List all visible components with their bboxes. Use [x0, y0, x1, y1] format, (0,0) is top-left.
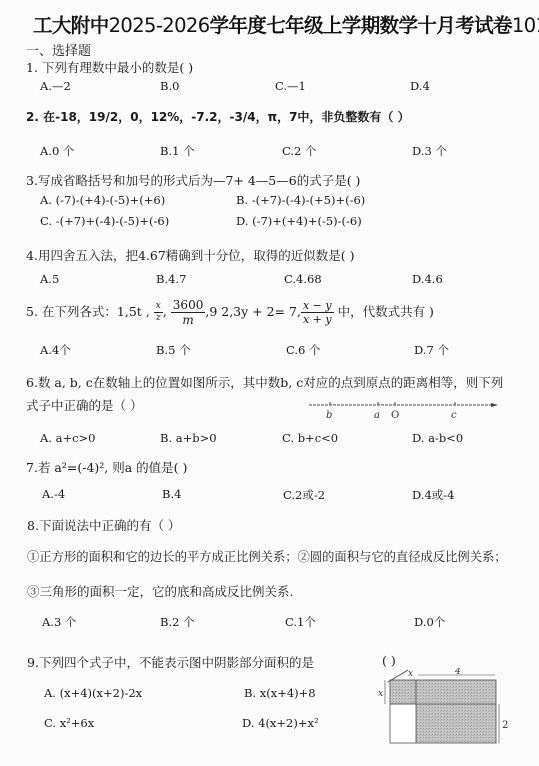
q2-option-a[interactable]: A.0 个 [40, 143, 74, 159]
question-number: 2. [26, 110, 39, 124]
q5-option-c[interactable]: C.6 个 [286, 342, 321, 358]
q3-option-b[interactable]: B. -(+7)-(-4)-(+5)+(-6) [236, 193, 365, 207]
q6-option-b[interactable]: B. a+b>0 [160, 431, 217, 445]
q9-option-b[interactable]: B. x(x+4)+8 [244, 686, 316, 700]
fraction-3600-over-m: 3600m [171, 299, 206, 326]
fraction-top: 3600 [171, 299, 206, 313]
question-number: 9. [27, 655, 39, 670]
q1-option-d[interactable]: D.4 [410, 79, 430, 93]
title-years: 2025-2026 [109, 14, 210, 37]
question-text: 若 a²=(-4)², 则a 的值是( ) [38, 460, 187, 475]
q8-option-a[interactable]: A.3 个 [42, 614, 76, 630]
q5-option-d[interactable]: D.7 个 [414, 342, 449, 358]
q4-option-c[interactable]: C.4.68 [284, 272, 322, 286]
point-b-label: b [326, 410, 332, 421]
question-number: 3. [26, 173, 38, 188]
question-text: 下面说法中正确的有（ ） [39, 518, 180, 533]
q3-option-a[interactable]: A. (-7)-(+4)-(-5)+(+6) [40, 193, 165, 207]
question-text: 用四舍五入法，把4.67精确到十分位，取得的近似数是( ) [38, 248, 355, 263]
question-text: 下列四个式子中，不能表示图中阴影部分面积的是 [39, 655, 314, 670]
question-number: 1. [26, 60, 38, 75]
question-text: 数 a, b, c在数轴上的位置如图所示，其中数b, c对应的点到原点的距离相等… [38, 375, 503, 390]
fraction-bottom: z [154, 313, 163, 323]
label-top-4: 4 [454, 668, 461, 677]
question-text: 在-18，19/2，0，12%，-7.2，-3/4，π，7中，非负整数有（ ） [43, 110, 410, 124]
number-line-figure: b a O c [305, 398, 500, 422]
question-number: 8. [27, 518, 39, 533]
question-text-start: 在下列各式：1,5t , [42, 304, 150, 319]
fraction-top: x [154, 302, 163, 313]
question-text: 写成省略括号和加号的形式后为—7+ 4—5—6的式子是( ) [38, 173, 361, 188]
label-left-x: x [378, 689, 383, 699]
q1-option-b[interactable]: B.0 [160, 79, 179, 93]
title-main: 学年度七年级上学期数学十月考试卷 [210, 14, 512, 37]
fraction-bottom: m [171, 313, 206, 326]
fraction-top: x − y [301, 300, 334, 313]
q3-option-c[interactable]: C. -(+7)+(-4)-(-5)+(-6) [40, 214, 169, 228]
question-number: 6. [26, 375, 38, 390]
q5-option-a[interactable]: A.4个 [40, 342, 71, 358]
q6-option-c[interactable]: C. b+c<0 [282, 431, 338, 445]
question-number: 7. [26, 460, 38, 475]
q7-option-b[interactable]: B.4 [162, 487, 181, 501]
q2-option-b[interactable]: B.1 个 [160, 143, 195, 159]
q4-option-b[interactable]: B.4.7 [156, 272, 186, 286]
q7-option-a[interactable]: A.-4 [42, 487, 65, 501]
shaded-area-figure: x 4 x 2 [378, 668, 508, 766]
q2-option-d[interactable]: D.3 个 [412, 143, 447, 159]
point-c-label: c [451, 410, 457, 421]
question-7: 7.若 a²=(-4)², 则a 的值是( ) [26, 458, 187, 476]
q9-option-d[interactable]: D. 4(x+2)+x² [242, 716, 319, 730]
question-6-line2: 式子中正确的是（ ） [26, 396, 142, 414]
q7-option-c[interactable]: C.2或-2 [283, 487, 325, 503]
fraction-x-minus-y-over-x-plus-y: x − yx + y [301, 300, 334, 325]
q1-option-a[interactable]: A.—2 [40, 79, 71, 93]
q9-answer-blank: ( ) [382, 653, 396, 668]
section-heading: 一、选择题 [26, 40, 91, 59]
q8-statement-3: ③三角形的面积一定，它的底和高成反比例关系. [27, 582, 293, 600]
q5-option-b[interactable]: B.5 个 [156, 342, 191, 358]
title-school: 工大附中 [33, 14, 109, 37]
q3-option-d[interactable]: D. (-7)+(+4)+(-5)-(-6) [236, 214, 362, 228]
question-number: 4. [26, 248, 38, 263]
q8-option-d[interactable]: D.0个 [414, 614, 445, 630]
label-top-x: x [408, 669, 413, 679]
question-1: 1. 下列有理数中最小的数是( ) [26, 58, 193, 76]
point-a-label: a [374, 410, 380, 421]
q8-option-b[interactable]: B.2 个 [160, 614, 195, 630]
question-number: 5. [26, 304, 38, 319]
question-9: 9.下列四个式子中，不能表示图中阴影部分面积的是 [27, 653, 314, 671]
title-code: 1011 [512, 14, 539, 37]
exam-title: 工大附中2025-2026学年度七年级上学期数学十月考试卷1011 [33, 10, 539, 38]
q6-option-a[interactable]: A. a+c>0 [40, 431, 96, 445]
q7-option-d[interactable]: D.4或-4 [412, 487, 455, 503]
q6-option-d[interactable]: D. a-b<0 [412, 431, 463, 445]
question-4: 4.用四舍五入法，把4.67精确到十分位，取得的近似数是( ) [26, 246, 355, 264]
question-6: 6.数 a, b, c在数轴上的位置如图所示，其中数b, c对应的点到原点的距离… [26, 373, 503, 391]
q8-option-c[interactable]: C.1个 [285, 614, 316, 630]
question-text: 下列有理数中最小的数是( ) [42, 60, 193, 75]
q8-statement-1-2: ①正方形的面积和它的边长的平方成正比例关系；②圆的面积与它的直径成反比例关系； [27, 547, 507, 565]
q9-option-a[interactable]: A. (x+4)(x+2)-2x [44, 686, 142, 700]
fraction-bottom: x + y [301, 313, 334, 325]
question-2: 2. 在-18，19/2，0，12%，-7.2，-3/4，π，7中，非负整数有（… [26, 108, 410, 125]
q9-option-c[interactable]: C. x²+6x [44, 716, 94, 730]
question-3: 3.写成省略括号和加号的形式后为—7+ 4—5—6的式子是( ) [26, 171, 360, 189]
question-8: 8.下面说法中正确的有（ ） [27, 516, 180, 534]
fraction-x-over-z: xz [154, 302, 163, 323]
q4-option-d[interactable]: D.4.6 [412, 272, 443, 286]
question-text-mid: ,9 2,3y + 2= 7, [205, 304, 301, 319]
q4-option-a[interactable]: A.5 [40, 272, 59, 286]
q2-option-c[interactable]: C.2 个 [282, 143, 317, 159]
origin-label: O [391, 410, 399, 421]
question-5: 5. 在下列各式：1,5t , xz, 3600m,9 2,3y + 2= 7,… [26, 299, 434, 326]
label-right-2: 2 [502, 720, 508, 731]
question-text-end: 中，代数式共有 ) [338, 304, 434, 319]
q1-option-c[interactable]: C.—1 [275, 79, 306, 93]
